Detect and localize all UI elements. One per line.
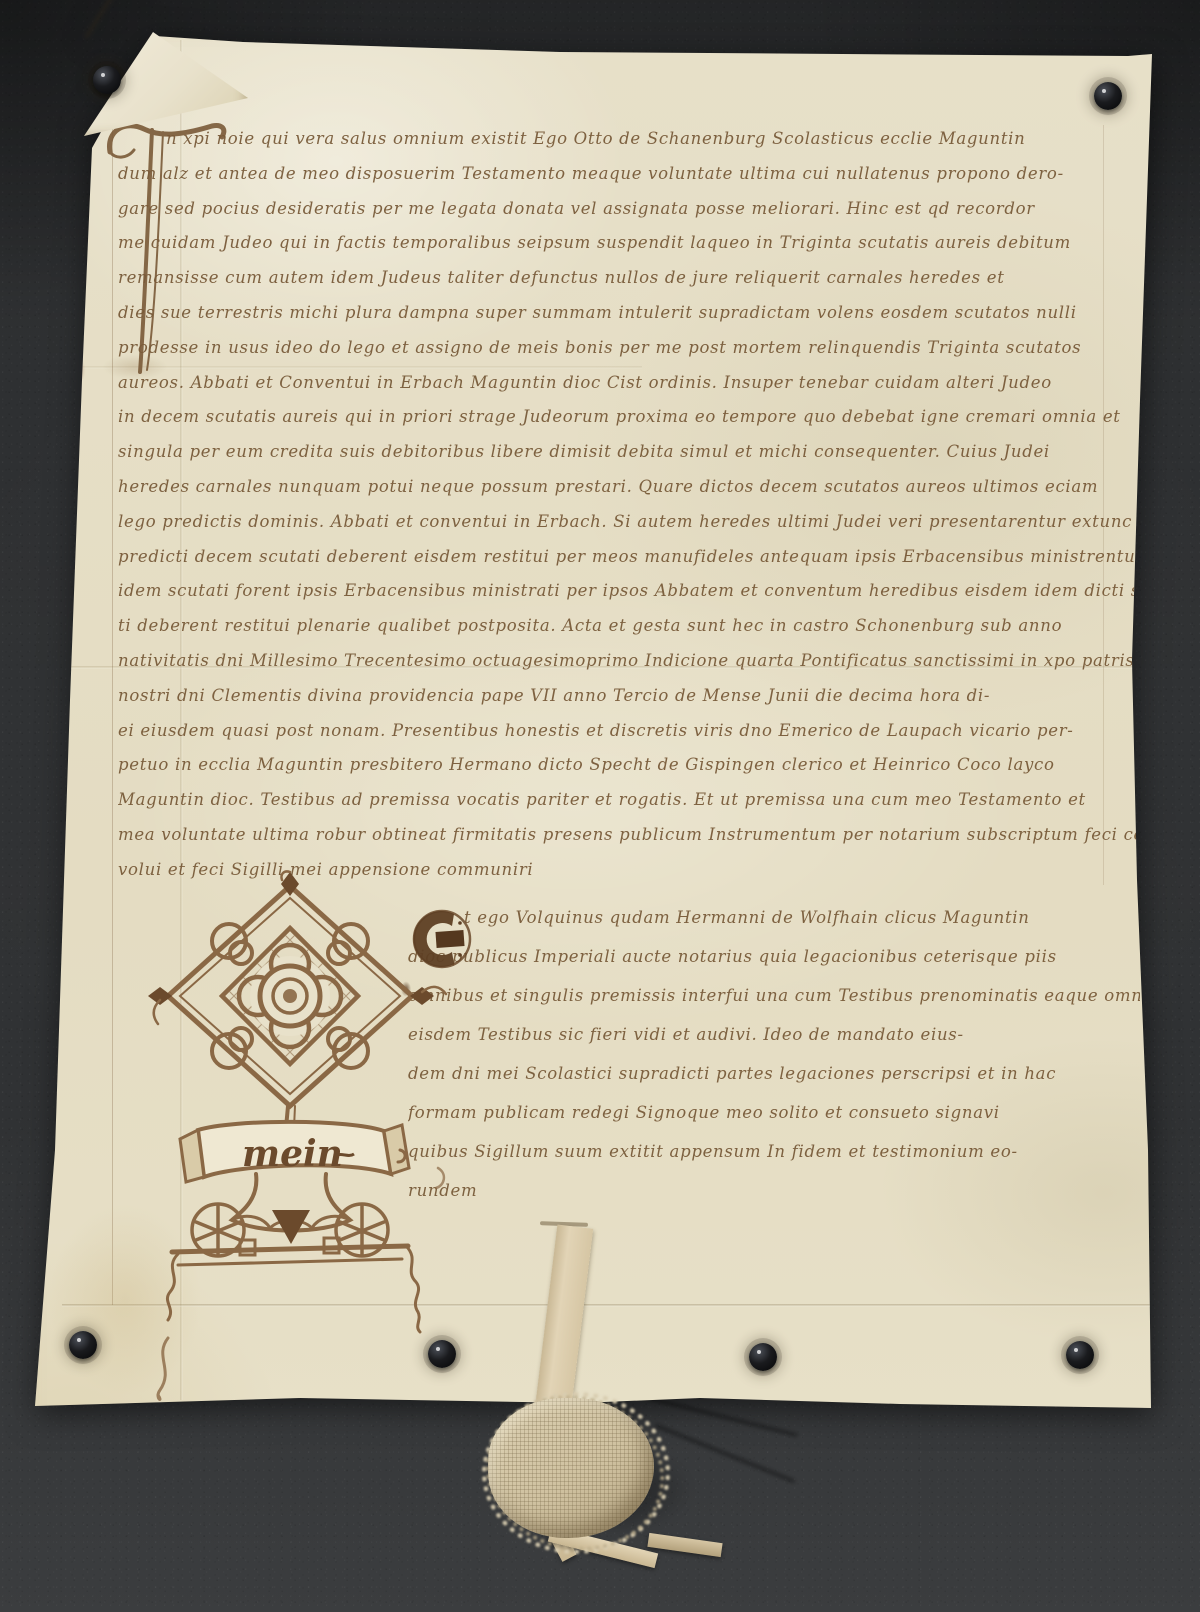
manuscript-line: aureos. Abbati et Conventui in Erbach Ma… bbox=[118, 366, 1140, 401]
manuscript-line: ti deberent restitui plenarie qualibet p… bbox=[118, 609, 1140, 644]
manuscript-line: prodesse in usus ideo do lego et assigno… bbox=[118, 331, 1140, 366]
manuscript-line: dioc publicus Imperiali aucte notarius q… bbox=[408, 937, 1140, 976]
manuscript-line: dum alz et antea de meo disposuerim Test… bbox=[118, 157, 1140, 192]
manuscript-line: nativitatis dni Millesimo Trecentesimo o… bbox=[118, 644, 1140, 679]
charter-parchment: n xpi noie qui vera salus omnium existit… bbox=[0, 0, 1200, 1612]
notarial-text-block: t ego Volquinus qudam Hermanni de Wolfha… bbox=[408, 898, 1140, 1216]
manuscript-line: heredes carnales nunquam potui neque pos… bbox=[118, 470, 1140, 505]
manuscript-line: singula per eum credita suis debitoribus… bbox=[118, 435, 1140, 470]
manuscript-line: ei eiusdem quasi post nonam. Presentibus… bbox=[118, 714, 1140, 749]
notary-sign: mein bbox=[138, 868, 468, 1408]
manuscript-line: me cuidam Judeo qui in factis temporalib… bbox=[118, 226, 1140, 261]
manuscript-line: t ego Volquinus qudam Hermanni de Wolfha… bbox=[408, 898, 1140, 937]
manuscript-line: lego predictis dominis. Abbati et conven… bbox=[118, 505, 1140, 540]
corner-fold-shadow bbox=[85, 0, 151, 38]
push-pin bbox=[1066, 1341, 1094, 1369]
push-pin bbox=[93, 66, 121, 94]
manuscript-line: petuo in ecclia Maguntin presbitero Herm… bbox=[118, 748, 1140, 783]
manuscript-line: rundem bbox=[408, 1171, 1140, 1210]
manuscript-line: Maguntin dioc. Testibus ad premissa voca… bbox=[118, 783, 1140, 818]
pin-highlight bbox=[1102, 89, 1106, 93]
manuscript-line: dies sue terrestris michi plura dampna s… bbox=[118, 296, 1140, 331]
push-pin bbox=[749, 1343, 777, 1371]
main-text-block: n xpi noie qui vera salus omnium existit… bbox=[118, 122, 1140, 894]
notary-banner-text: mein bbox=[242, 1133, 343, 1175]
manuscript-line: formam publicam redegi Signoque meo soli… bbox=[408, 1093, 1140, 1132]
pin-highlight bbox=[757, 1350, 761, 1354]
push-pin bbox=[1094, 82, 1122, 110]
manuscript-line: remansisse cum autem idem Judeus taliter… bbox=[118, 261, 1140, 296]
manuscript-line: dem dni mei Scolastici supradicti partes… bbox=[408, 1054, 1140, 1093]
photograph-of-medieval-charter: n xpi noie qui vera salus omnium existit… bbox=[0, 0, 1200, 1612]
manuscript-line: quibus Sigillum suum extitit appensum In… bbox=[408, 1132, 1140, 1171]
manuscript-line: eisdem Testibus sic fieri vidi et audivi… bbox=[408, 1015, 1140, 1054]
manuscript-line: n xpi noie qui vera salus omnium existit… bbox=[118, 122, 1140, 157]
stain bbox=[55, 348, 89, 392]
manuscript-line: idem scutati forent ipsis Erbacensibus m… bbox=[118, 574, 1140, 609]
opening-initial-letter-drawing bbox=[100, 100, 250, 400]
manuscript-line: in decem scutatis aureis qui in priori s… bbox=[118, 400, 1140, 435]
parchment-wrapper: n xpi noie qui vera salus omnium existit… bbox=[0, 0, 1200, 1612]
pin-highlight bbox=[77, 1338, 81, 1342]
pin-highlight bbox=[101, 73, 105, 77]
pin-highlight bbox=[436, 1347, 440, 1351]
push-pin bbox=[428, 1340, 456, 1368]
manuscript-line: gare sed pocius desideratis per me legat… bbox=[118, 192, 1140, 227]
manuscript-line: predicti decem scutati deberent eisdem r… bbox=[118, 540, 1140, 575]
manuscript-line: mea voluntate ultima robur obtineat firm… bbox=[118, 818, 1140, 853]
pin-highlight bbox=[1074, 1348, 1078, 1352]
manuscript-line: nostri dni Clementis divina providencia … bbox=[118, 679, 1140, 714]
manuscript-line: omnibus et singulis premissis interfui u… bbox=[408, 976, 1140, 1015]
push-pin bbox=[69, 1331, 97, 1359]
